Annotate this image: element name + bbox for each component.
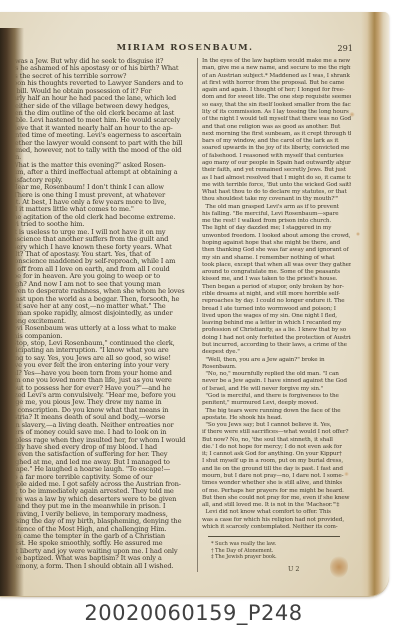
- text-line: that liberty and joy were waiting upon m…: [5, 548, 195, 555]
- text-line: of the night I would tell myself that th…: [202, 116, 351, 123]
- text-line: is cast upon the world as a beggar. Then…: [5, 296, 195, 303]
- book-page-scan: MIRIAM ROSENBAUM. 291 he was a Jew. But …: [0, 12, 389, 597]
- text-line: it. There is one thing I must prevent, a…: [5, 192, 195, 199]
- text-line: baum, after a third ineffectual attempt …: [5, 169, 195, 176]
- text-line: there was a law by which deserters were …: [5, 496, 195, 503]
- text-line: kissed me, and I was taken to the priest…: [202, 276, 351, 283]
- text-line: from one you loved more than life, just …: [5, 377, 195, 384]
- running-title: MIRIAM ROSENBAUM.: [85, 43, 285, 53]
- text-line: was the secret of his terrible sorrow?: [5, 73, 195, 80]
- text-line: it; I cannot ask God for anything. On yo…: [202, 451, 351, 458]
- text-line: Levi did not know what comfort to offer.…: [202, 509, 351, 516]
- text-line: rible dreams at night, and still more ho…: [202, 291, 351, 298]
- text-line: ceremony, a form. Then I should obtain a…: [5, 563, 195, 570]
- text-line: * Such was really the law.: [202, 541, 351, 548]
- text-line: escape." He laughed a hoarse laugh. "To …: [5, 466, 195, 473]
- text-line: Rosenbaum.: [202, 364, 351, 371]
- text-line: In the eyes of the law baptism would mak…: [202, 58, 351, 65]
- foxing-spot: [349, 112, 355, 117]
- text-line: old man spoke rapidly, almost disjointed…: [5, 310, 195, 317]
- binding-gutter-shadow: [0, 28, 24, 596]
- text-line: cost. At best, I have only a few years m…: [5, 199, 195, 206]
- text-line: hope for in heaven. Are you going to wee…: [5, 273, 195, 280]
- text-line: man.: [5, 154, 195, 161]
- text-line: misery which I have known these forty ye…: [5, 244, 195, 251]
- text-line: "What is the matter this evening?" asked…: [5, 162, 195, 169]
- text-line: conscience that another suffers from the…: [5, 236, 195, 243]
- text-line: The agitation of the old clerk had becom…: [5, 214, 195, 221]
- text-line: man, give me a new name, and secure to m…: [202, 65, 351, 72]
- text-line: on either side of the village between de…: [5, 103, 195, 110]
- page-number: 291: [337, 43, 353, 53]
- text-line: offers of money could save me. I had to …: [5, 429, 195, 436]
- text-line: lay raving, I verily believe, in tempora…: [5, 511, 195, 518]
- text-line: a conscience maddened by self-reproach, …: [5, 258, 195, 265]
- footnote-rule: [208, 536, 340, 537]
- text-line: into a far more terrible captivity. Some…: [5, 474, 195, 481]
- text-line: leaving behind me a letter in which I re…: [202, 320, 351, 327]
- text-line: their faith, and yet remained secretly J…: [202, 167, 351, 174]
- text-line: Then came the tempter in the garb of a C…: [5, 533, 195, 540]
- footnotes: * Such was really the law.† The Day of A…: [202, 541, 351, 561]
- text-line: I shut myself up in a room, put on my bu…: [202, 458, 351, 465]
- text-line: laugh? And now I am not to see that youn…: [5, 281, 195, 288]
- text-line: again and again. I thought of her; I lon…: [202, 87, 351, 94]
- text-line: mourn, but I dare not pray—no, I dare no…: [202, 473, 351, 480]
- text-line: Was he ashamed of his apostasy or of his…: [5, 65, 195, 72]
- text-line: thou shouldest take my covenant in thy m…: [202, 196, 351, 203]
- text-line: of me. Perhaps her prayers for me might …: [202, 488, 351, 495]
- text-line: unwonted freedom. I looked about among t…: [202, 233, 351, 240]
- text-line: satisfactory reply.: [5, 177, 195, 184]
- text-line: apostate. He shook his head.: [202, 415, 351, 422]
- text-line: doing I had not only forfeited the prote…: [202, 335, 351, 342]
- text-line: But now? No, no, 'the soul that sinneth,…: [202, 437, 351, 444]
- text-line: seized Levi's arm convulsively. "Hear me…: [5, 392, 195, 399]
- text-column-right: In the eyes of the law baptism would mak…: [202, 58, 351, 573]
- text-line: dom and for sweet life. The one step req…: [202, 94, 351, 101]
- text-line: cut off from all I love on earth, and fr…: [5, 266, 195, 273]
- text-line: deepest dye.": [202, 349, 351, 356]
- text-line: die.' I do not hope for mercy; I do not …: [202, 444, 351, 451]
- text-line: his bill. Would he obtain possession of …: [5, 88, 195, 95]
- text-line: gladly have shed every drop of my blood.…: [5, 444, 195, 451]
- right-column-body: In the eyes of the law baptism would mak…: [202, 58, 351, 531]
- text-line: lity of its commission. As I lay tossing…: [202, 109, 351, 116]
- text-line: times wonder whether she is still alive,…: [202, 480, 351, 487]
- text-line: bars of my window, and the carol of the …: [202, 138, 351, 145]
- text-line: pointed time of meeting. Levi's eagernes…: [5, 132, 195, 139]
- text-line: cursing the day of my birth, blaspheming…: [5, 518, 195, 525]
- text-line: What hast thou to do to declare my statu…: [202, 189, 351, 196]
- text-line: The light of day dazzled me; I staggered…: [202, 225, 351, 232]
- text-column-left: he was a Jew. But why did he seek to dis…: [5, 58, 195, 570]
- text-line: helpless rage when they insulted her, fo…: [5, 437, 195, 444]
- foxing-spot: [356, 232, 360, 236]
- text-line: people aided me. I got safely across the…: [5, 481, 195, 488]
- text-line: lived upon the wages of my sin. One nigh…: [202, 313, 351, 320]
- text-line: me with terrible force, 'But unto the wi…: [202, 182, 351, 189]
- text-line: soul? Yes—have you been torn from your h…: [5, 370, 195, 377]
- text-line: his falling. "Be merciful, Levi Rosenbau…: [202, 211, 351, 218]
- text-line: my sin and shame. I remember nothing of …: [202, 255, 351, 262]
- text-line: of an Austrian subject.* Maddened as I w…: [202, 73, 351, 80]
- text-line: judge me, you pious Jew. They drew my na…: [5, 399, 195, 406]
- text-line: next morning the first sunbeam, as it cr…: [202, 131, 351, 138]
- text-line: he was a Jew. But why did he seek to dis…: [5, 58, 195, 65]
- text-line: if there were still sacrifices—what woul…: [202, 429, 351, 436]
- text-line: took place, except that when all was ove…: [202, 262, 351, 269]
- text-line: up, and they put me in the meanwhile in …: [5, 503, 195, 510]
- text-line: Austria? It means death of soul and body…: [5, 414, 195, 421]
- text-line: existence of the Most High, and challeng…: [5, 526, 195, 533]
- text-line: The big tears were running down the face…: [202, 408, 351, 415]
- text-line: and that one religion was as good as ano…: [202, 124, 351, 131]
- text-line: about to possess her for ever? Have you?…: [5, 385, 195, 392]
- archive-label: 20020060159_P248: [0, 601, 387, 625]
- page-fore-edge: [361, 12, 389, 596]
- text-line: driven to desperate rashness, when she w…: [5, 288, 195, 295]
- text-line: not even the satisfaction of suffering f…: [5, 451, 195, 458]
- text-line: Then began a period of stupor, only brok…: [202, 284, 351, 291]
- text-line: soared upwards in the joy of its liberty…: [202, 145, 351, 152]
- text-line: Levi tried to soothe him.: [5, 221, 195, 228]
- text-line: "God is merciful, and there is forgivene…: [202, 393, 351, 400]
- text-line: guilt? That of apostasy. You start. Yes,…: [5, 251, 195, 258]
- text-line: and lie on the ground till the day is pa…: [202, 466, 351, 473]
- text-line: seemed, however, not to tally with the m…: [5, 147, 195, 154]
- foxing-spot: [344, 472, 349, 476]
- text-line: so easy, that the sin itself looked smal…: [202, 102, 351, 109]
- text-line: when the dim outline of the old clerk be…: [5, 110, 195, 117]
- text-line: "Well, then, you are a Jew again?" broke…: [202, 357, 351, 364]
- text-line: "No, no," mournfully replied the old man…: [202, 371, 351, 378]
- text-line: reproaches by day. I could no longer end…: [202, 298, 351, 305]
- text-line: The old man grasped Levi's arm as if to …: [202, 204, 351, 211]
- text-line: at first with horror from the proposal. …: [202, 80, 351, 87]
- text-line: must save her at any cost,—no matter wha…: [5, 303, 195, 310]
- text-line: profession of Christianity, as a lie. I …: [202, 327, 351, 334]
- text-line: then thanking God she was far away and i…: [202, 247, 351, 254]
- text-line: of falsehood. I reasoned with myself tha…: [202, 153, 351, 160]
- text-line: laughed at me, and led me away. But I ma…: [5, 459, 195, 466]
- text-line: penitent," murmured Levi, deeply moved.: [202, 400, 351, 407]
- text-line: but incurred, according to their laws, a…: [202, 342, 351, 349]
- text-line: never be a Jew again. I have sinned agai…: [202, 378, 351, 385]
- text-line: Have you ever felt the iron entering int…: [5, 362, 195, 369]
- text-line: "Stop, stop, Levi Rosenbaum," continued …: [5, 340, 195, 347]
- text-line: anticipating an interruption. "I know wh…: [5, 347, 195, 354]
- text-line: "Hear me, Rosenbaum! I don't think I can…: [5, 184, 195, 191]
- text-line: me the rest! I walked from prison into c…: [202, 218, 351, 225]
- text-line: ‡ The Jewish prayer book.: [202, 554, 351, 561]
- column-divider-rule: [197, 58, 198, 572]
- text-line: "It is useless to urge me. I will not ha…: [5, 229, 195, 236]
- stain-spot: [330, 556, 348, 578]
- text-line: nearly half an hour he had paced the lan…: [5, 95, 195, 102]
- text-line: tier, to be immediately again arrested. …: [5, 488, 195, 495]
- text-line: and it matters little what comes to me.": [5, 206, 195, 213]
- printer-signature-mark: U 2: [202, 565, 351, 573]
- text-line: Soon his thoughts reverted to Lawyer San…: [5, 80, 195, 87]
- text-line: than slavery,—a living death. Neither en…: [5, 422, 195, 429]
- text-line: "So you Jews say; but I cannot believe i…: [202, 422, 351, 429]
- text-line: of Israel, and He will never forgive my …: [202, 386, 351, 393]
- screenshot-root: { "document": { "running_title": "MIRIAM…: [0, 0, 397, 640]
- text-line: But then she could not pray for me, even…: [202, 495, 351, 502]
- text-line: around to congratulate me. Some of the p…: [202, 269, 351, 276]
- text-line: strong excitement.: [5, 318, 195, 325]
- text-line: of his companion.: [5, 333, 195, 340]
- text-line: going to say. Yes, you Jews are all so g…: [5, 355, 195, 362]
- text-line: † The Day of Atonement.: [202, 548, 351, 555]
- text-line: visible. Levi hastened to meet him. He w…: [5, 117, 195, 124]
- text-line: the conscription. Do you know what that …: [5, 407, 195, 414]
- text-line: priest. He spoke smoothly, softly. He as…: [5, 540, 195, 547]
- text-line: which it scarcely contemplated. Neither …: [202, 524, 351, 531]
- text-line: was a case for which his religion had no…: [202, 517, 351, 524]
- running-head: MIRIAM ROSENBAUM. 291: [0, 43, 389, 55]
- text-line: all, and still loved me. It is not in th…: [202, 502, 351, 509]
- text-line: whether the lawyer would consent to part…: [5, 140, 195, 147]
- text-line: as I had almost resolved that I might do…: [202, 175, 351, 182]
- text-line: bread I ate turned into wormwood and poi…: [202, 306, 351, 313]
- text-line: believe that it wanted nearly half an ho…: [5, 125, 195, 132]
- text-line: hoping against hope that she might be th…: [202, 240, 351, 247]
- text-line: to be baptized. What was baptism? It was…: [5, 555, 195, 562]
- text-line: ago many of our people in Spain had outw…: [202, 160, 351, 167]
- text-line: Levi Rosenbaum was utterly at a loss wha…: [5, 325, 195, 332]
